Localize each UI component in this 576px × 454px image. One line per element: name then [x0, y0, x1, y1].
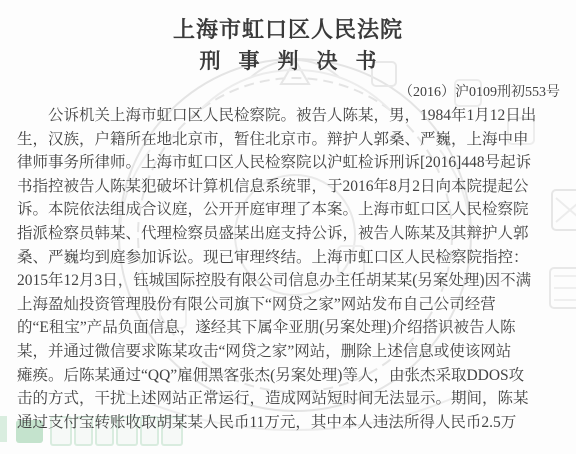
judgment-page: 上海市虹口区人民法院 刑事判决书 （2016）沪0109刑初553号 公诉机关上…	[0, 0, 576, 454]
body-line: 某，并通过微信要求陈某攻击“网贷之家”网站，删除上述信息或使该网站	[17, 340, 565, 364]
body-line: 2015年12月3日，钰城国际控股有限公司信息办主任胡某某(另案处理)因不满	[17, 269, 565, 293]
judgment-content: 上海市虹口区人民法院 刑事判决书 （2016）沪0109刑初553号 公诉机关上…	[0, 0, 576, 454]
judgment-body: 公诉机关上海市虹口区人民检察院。被告人陈某，男，1984年1月12日出生，汉族，…	[17, 104, 565, 434]
body-line: 书指控被告人陈某犯破坏计算机信息系统罪，于2016年8月2日向本院提起公	[17, 175, 565, 199]
body-line: 的“E租宝”产品负面信息，遂经其下属伞亚朋(另案处理)介绍搭识被告人陈	[17, 316, 565, 340]
body-line: 通过支付宝转账收取胡某某人民币11万元，其中本人违法所得人民币2.5万	[17, 411, 565, 435]
body-line: 公诉机关上海市虹口区人民检察院。被告人陈某，男，1984年1月12日出	[17, 104, 565, 128]
body-line: 击的方式，干扰上述网站正常运行，造成网站短时间无法显示。期间，陈某	[17, 387, 565, 411]
body-line: 生，汉族，户籍所在地北京市，暂住北京市。辩护人郭桑、严巍，上海中申	[17, 128, 565, 152]
body-line: 桑、严巍均到庭参加诉讼。现已审理终结。上海市虹口区人民检察院指控：	[17, 246, 565, 270]
body-line: 指派检察员韩某、代理检察员盛某出庭支持公诉，被告人陈某及其辩护人郭	[17, 222, 565, 246]
document-title: 刑事判决书	[0, 45, 576, 75]
body-line: 律师事务所律师。上海市虹口区人民检察院以沪虹检诉刑诉[2016]448号起诉	[17, 151, 565, 175]
case-number: （2016）沪0109刑初553号	[399, 81, 560, 101]
court-name-heading: 上海市虹口区人民法院	[0, 13, 576, 44]
body-line: 诉。本院依法组成合议庭，公开开庭审理了本案。上海市虹口区人民检察院	[17, 198, 565, 222]
body-line: 上海盈灿投资管理股份有限公司旗下“网贷之家”网站发布自己公司经营	[17, 293, 565, 317]
body-line: 瘫痪。后陈某通过“QQ”雇佣黑客张杰(另案处理)等人，由张杰采取DDOS攻	[17, 364, 565, 388]
